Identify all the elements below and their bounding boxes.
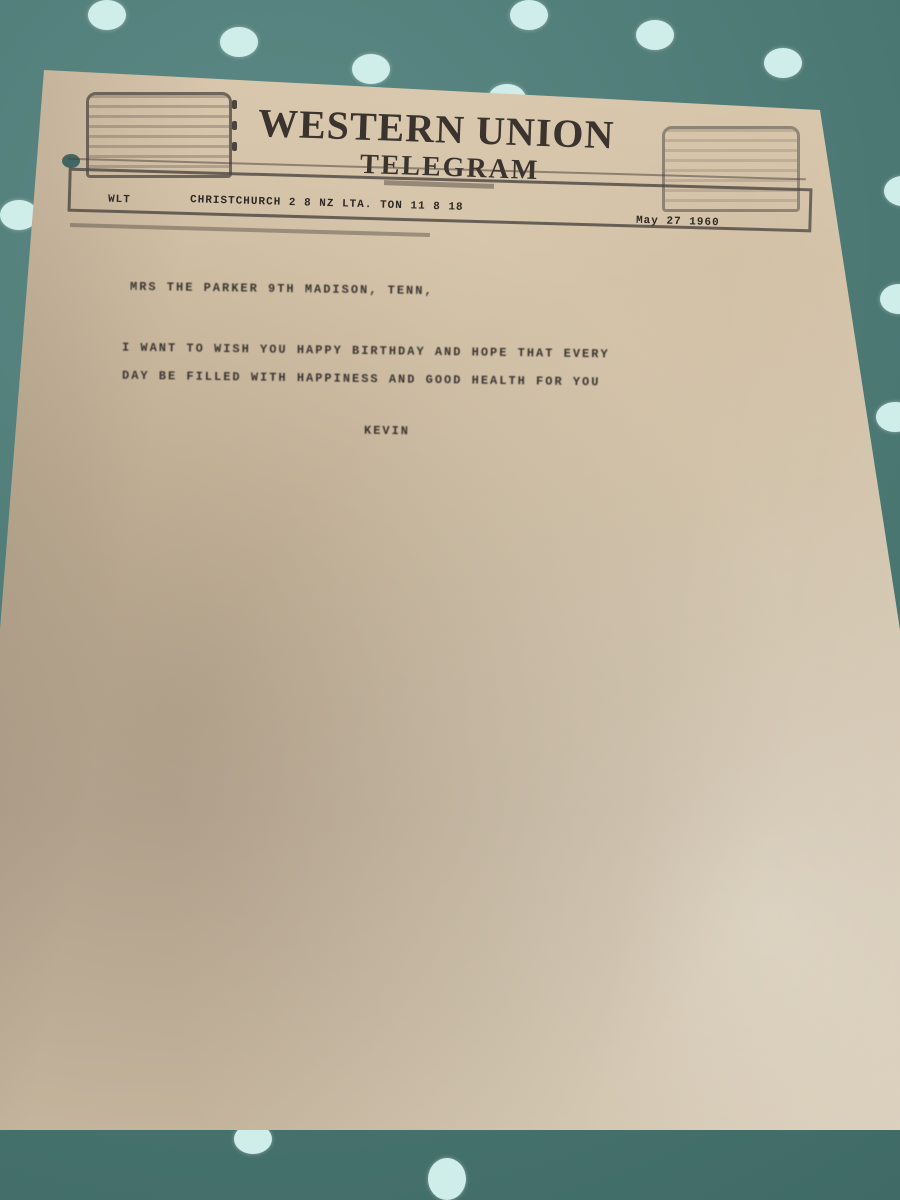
punch-hole	[62, 154, 80, 168]
polka-dot	[88, 0, 126, 30]
origin-line: CHRISTCHURCH 2 8 NZ LTA. TON 11 8 18	[190, 194, 464, 214]
header-rule	[68, 158, 806, 181]
polka-dot	[220, 27, 258, 57]
polka-dot	[352, 54, 390, 84]
polka-dot	[510, 0, 548, 30]
polka-dot	[884, 176, 900, 206]
signature: KEVIN	[364, 424, 410, 439]
polka-dot	[880, 284, 900, 314]
class-of-service-box-right	[662, 126, 800, 212]
telegram-date: May 27 1960	[636, 215, 720, 229]
telegram-paper: WESTERN UNION TELEGRAM WLT CHRISTCHURCH …	[0, 70, 900, 1130]
brand-title: WESTERN UNION	[257, 99, 658, 160]
header-dots	[232, 100, 240, 163]
polka-dot	[428, 1158, 466, 1200]
routing-strip	[68, 168, 813, 233]
message-line: I WANT TO WISH YOU HAPPY BIRTHDAY AND HO…	[122, 341, 610, 362]
class-code: WLT	[108, 194, 131, 207]
polka-dot	[876, 402, 900, 432]
fineprint-under-title	[384, 180, 494, 189]
form-title: TELEGRAM	[359, 149, 539, 187]
class-of-service-box-left	[86, 92, 232, 178]
fineprint-under-strip	[70, 223, 430, 237]
address-line: MRS THE PARKER 9TH MADISON, TENN,	[130, 280, 434, 298]
message-line: DAY BE FILLED WITH HAPPINESS AND GOOD HE…	[122, 369, 601, 390]
polka-dot	[764, 48, 802, 78]
polka-dot	[636, 20, 674, 50]
